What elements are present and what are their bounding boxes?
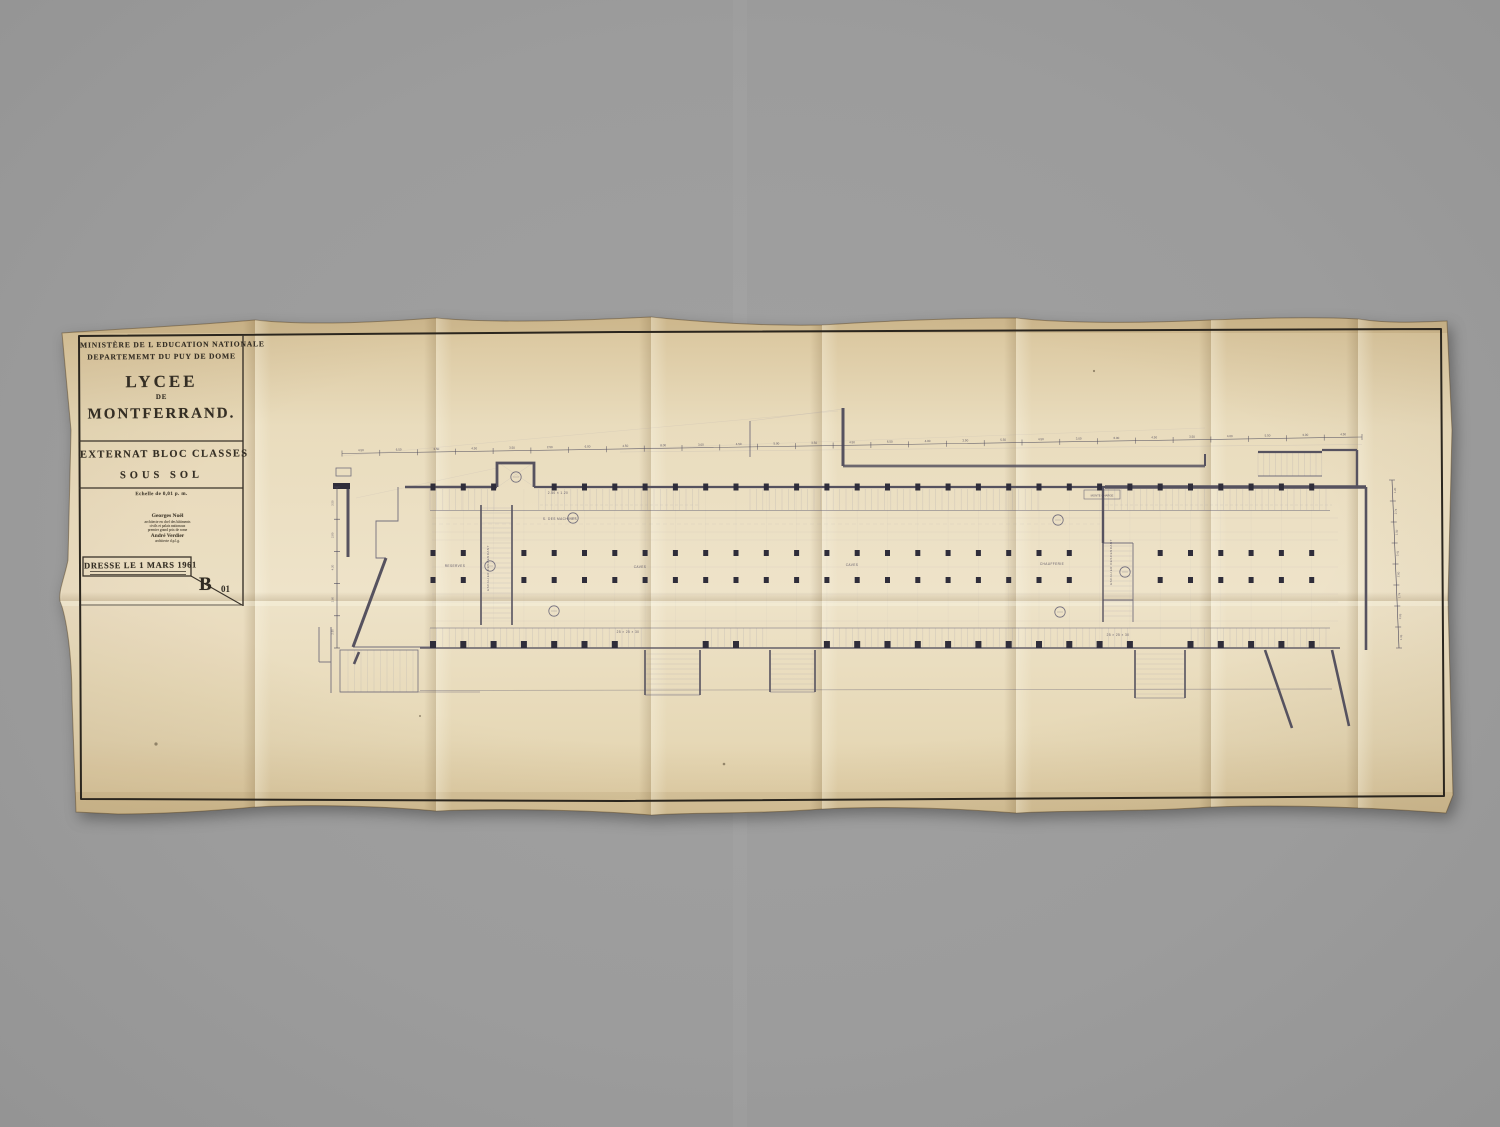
reference-letter: B (199, 574, 212, 596)
paper-speck (723, 763, 726, 766)
dimension-label: 4.00 (925, 439, 931, 443)
dimension-label: 4.50 (471, 446, 477, 450)
dimension-label: 1.60 (331, 597, 335, 603)
drawing-title-montferrand: MONTFERRAND. (80, 405, 243, 423)
ministry-line-2: DEPARTEMEMT DU PUY DE DOME (80, 351, 243, 361)
reference-number: 01 (221, 584, 230, 594)
dimension-label: 4.50 (622, 444, 628, 448)
stair-label: ESCALIER DESCENDANT (486, 545, 490, 591)
scanned-plan-svg: 4.506.503.504.503.502.506.004.508.003.00… (0, 0, 1500, 1127)
paper-shading: 4.506.503.504.503.502.506.004.508.003.00… (55, 300, 1460, 820)
room-label: 2.50 × 1.20 (548, 491, 568, 495)
credit-architect-name: Georges Noël (86, 513, 249, 519)
dimension-label: 3.50 (811, 441, 817, 445)
dimension-label: 4.20 (331, 564, 335, 570)
dimension-label: 2.60 (1396, 571, 1400, 577)
dimension-label: 3.50 (331, 500, 335, 506)
room-label: 25 × 25 × 30 (1107, 633, 1130, 637)
dimension-label: 3.50 (962, 438, 968, 442)
ministry-line-1: MINISTÈRE DE L EDUCATION NATIONALE (80, 339, 243, 349)
room-label: 25 × 25 × 30 (617, 630, 640, 634)
paper-speck (1093, 370, 1095, 372)
boxed-label: MONTE CHARGE (1091, 494, 1114, 498)
subject-line-1: EXTERNAT BLOC CLASSES (80, 448, 243, 460)
dimension-label: 4.50 (1151, 435, 1157, 439)
dimension-label: 5.00 (773, 441, 779, 445)
dimension-label: 3.41 (1395, 550, 1399, 556)
paper-speck (419, 715, 421, 717)
dimension-label: 5.50 (1000, 438, 1006, 442)
dimension-label: 2.50 (547, 445, 553, 449)
room-label: RESERVES (445, 564, 466, 568)
drawing-title-de: DE (80, 392, 243, 401)
dimension-label: 3.00 (698, 443, 704, 447)
dimension-label: 1.35 (1399, 634, 1403, 640)
drawing-title-lycee: LYCEE (80, 371, 243, 392)
dimension-label: 6.00 (1113, 436, 1119, 440)
stair-label: ESCALIER DESCENDANT (1109, 539, 1113, 585)
dimension-label: 4.50 (1038, 437, 1044, 441)
dimension-label: 6.50 (887, 440, 893, 444)
dimension-label: 1.74 (1397, 592, 1401, 598)
subject-line-2: SOUS SOL (80, 469, 243, 481)
dimension-label: 4.50 (358, 448, 364, 452)
dimension-label: 3.00 (1076, 437, 1082, 441)
room-label: CHAUFFERIE (1040, 562, 1064, 566)
dimension-label: 3.05 (1398, 613, 1402, 619)
dimension-label: 6.50 (396, 448, 402, 452)
dimension-label: 5.50 (1265, 433, 1271, 437)
dimension-label: 1.50 (1395, 529, 1399, 535)
scan-background: 4.506.503.504.503.502.506.004.508.003.00… (0, 0, 1500, 1127)
credit-line: premier grand prix de rome (86, 528, 249, 532)
credit-line: architecte d.p.l.g. (86, 539, 249, 543)
dimension-label: 3.50 (1189, 435, 1195, 439)
dimension-label: 4.50 (736, 442, 742, 446)
dimension-label: 6.00 (585, 444, 591, 448)
dimension-label: 4.50 (849, 440, 855, 444)
dimension-label: 8.00 (660, 443, 666, 447)
dimension-label: 2.80 (331, 532, 335, 538)
dimension-label: 2.95 (331, 629, 335, 635)
room-label: S. DES MACHINES (543, 517, 577, 521)
dimension-label: 3.50 (433, 447, 439, 451)
room-label: CAVES (846, 563, 859, 567)
dimension-label: 2.74 (1394, 508, 1398, 514)
date-stamp: DRESSE LE 1 MARS 1961 (84, 560, 190, 571)
dimension-label: 3.00 (1302, 433, 1308, 437)
dimension-label: 4.50 (1340, 432, 1346, 436)
paper-speck (154, 742, 157, 745)
dimension-label: 1.20 (1393, 487, 1397, 493)
dimension-label: 4.00 (1227, 434, 1233, 438)
room-label: CAVES (634, 565, 647, 569)
dimension-label: 3.50 (509, 446, 515, 450)
